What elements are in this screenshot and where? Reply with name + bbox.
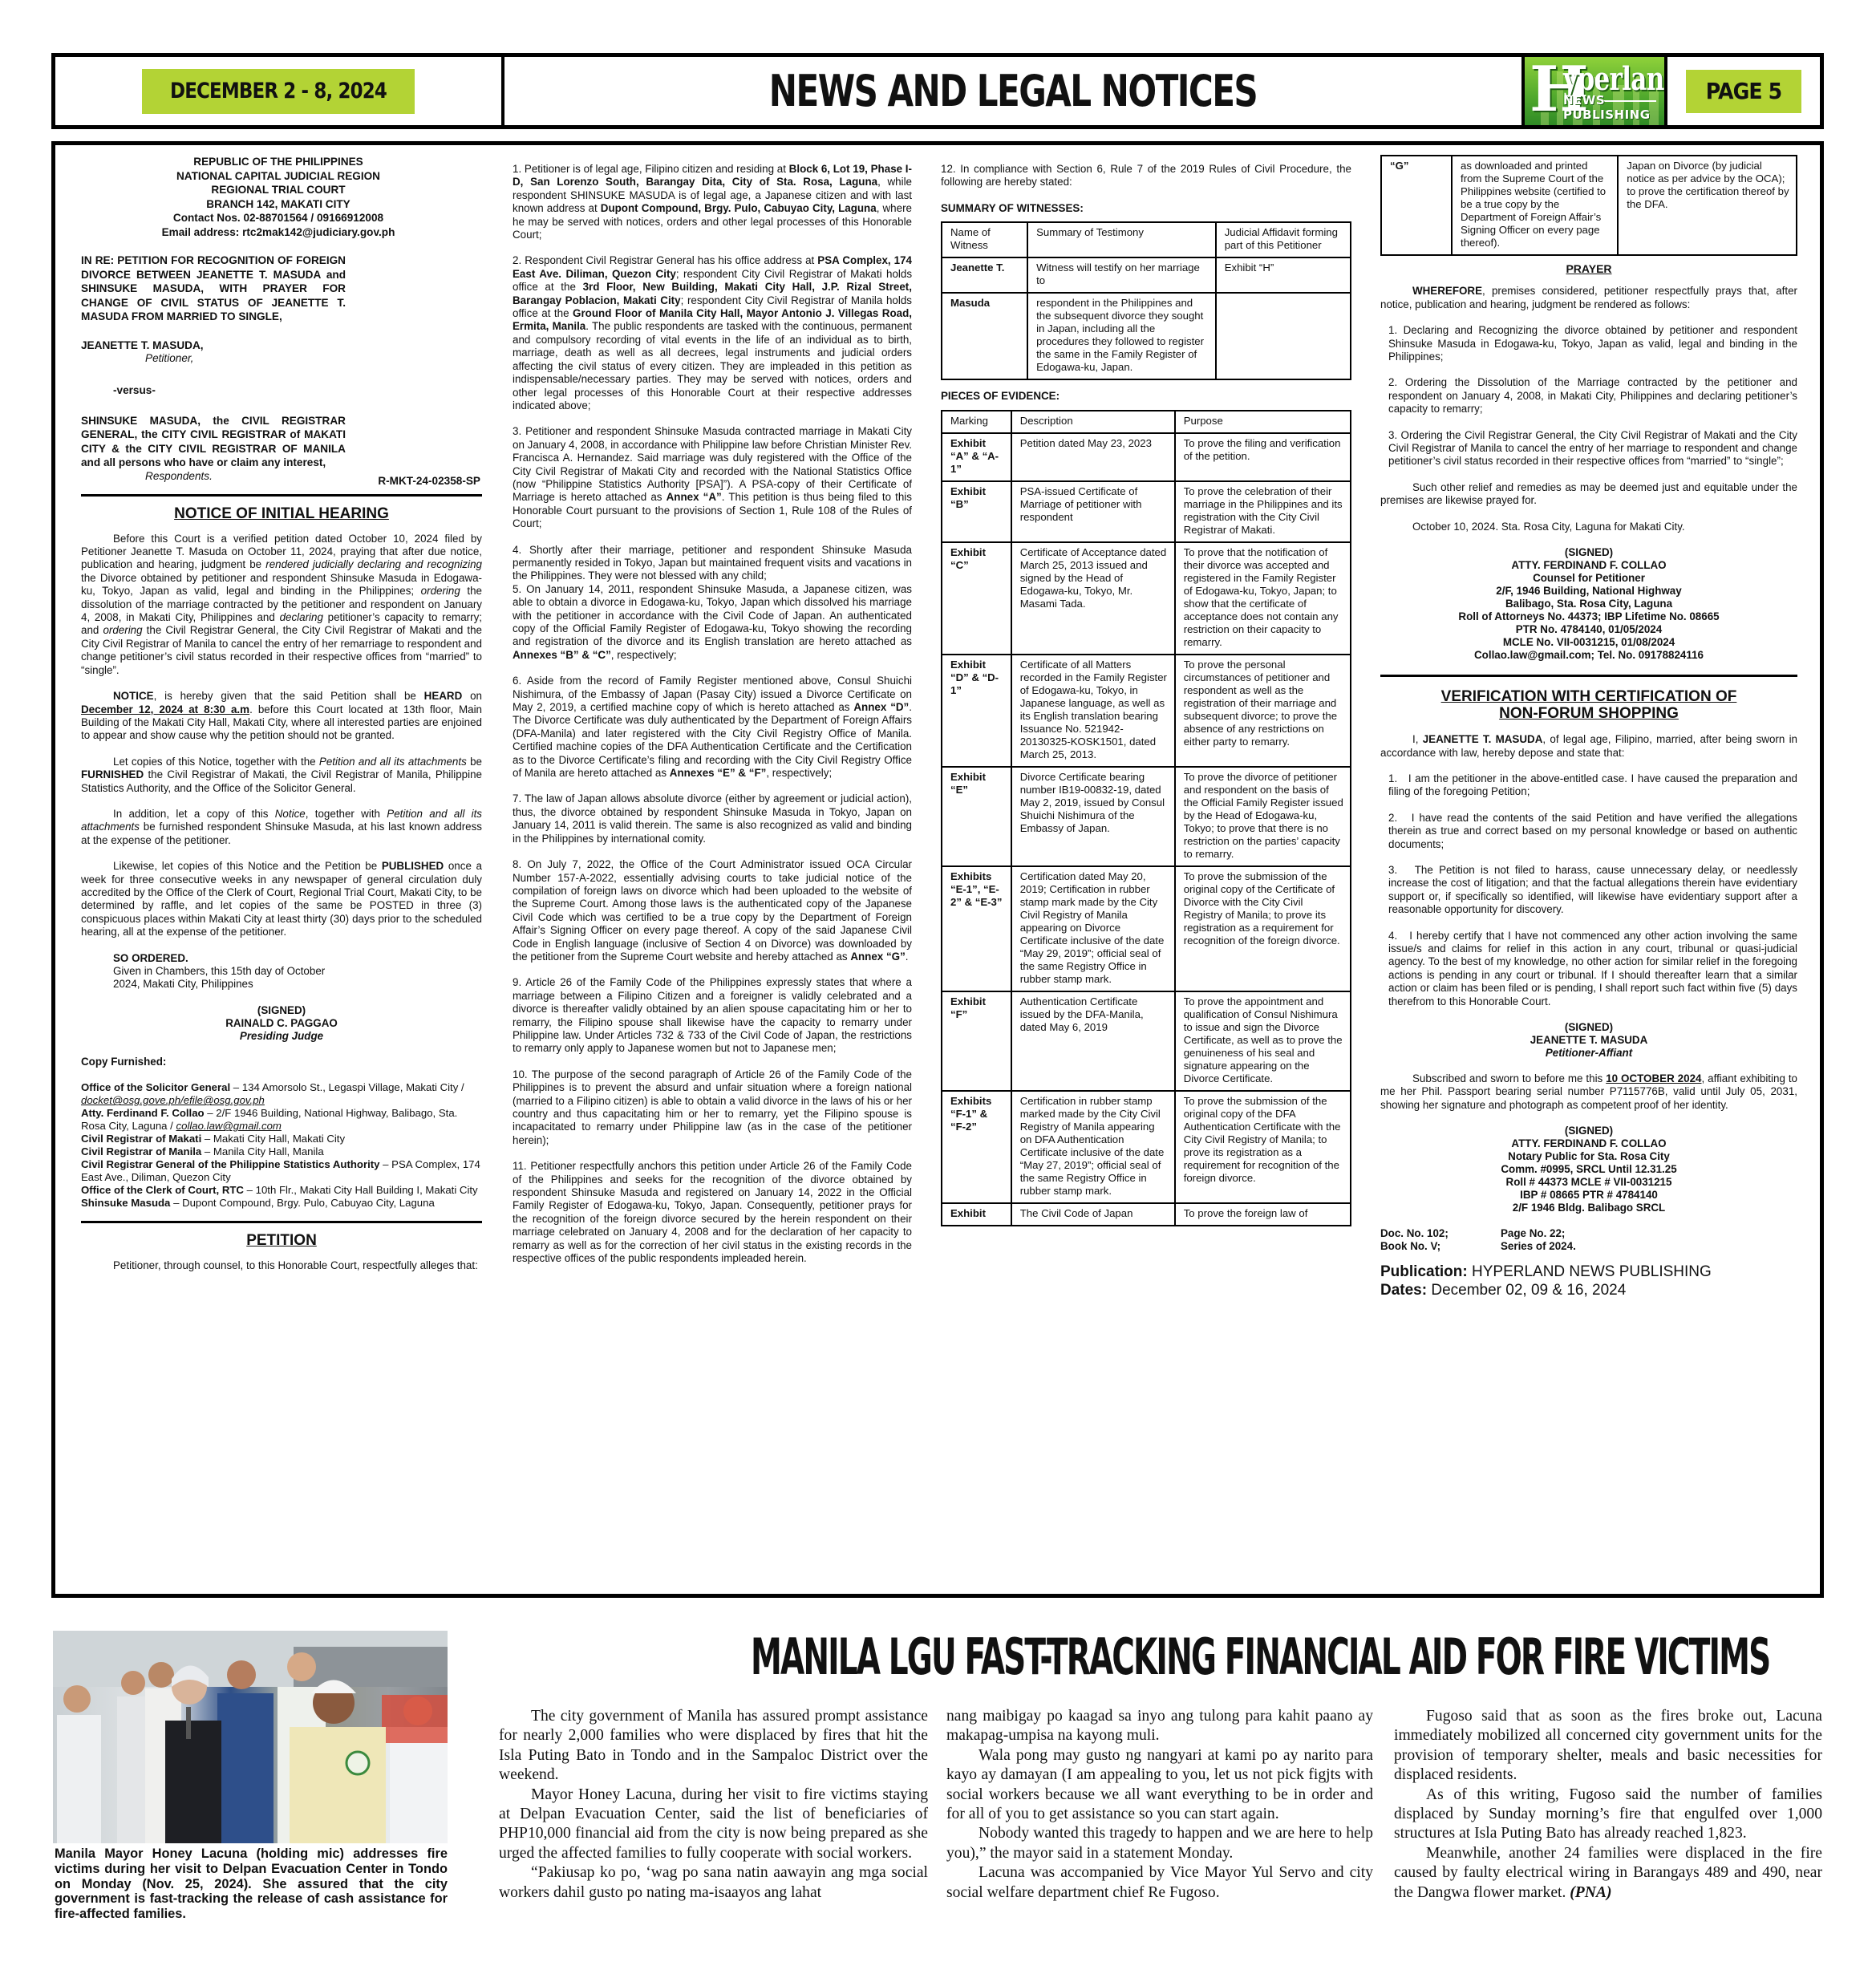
counsel-roll-number: Roll of Attorneys No. 44373; IBP Lifetim… [1380, 610, 1797, 623]
exhibit-purpose: To prove the submission of the original … [1175, 1091, 1351, 1203]
evidence-label: PIECES OF EVIDENCE: [941, 390, 1351, 403]
counsel-address: Balibago, Sta. Rosa City, Laguna [1380, 598, 1797, 610]
notice-title: NOTICE OF INITIAL HEARING [81, 508, 482, 521]
notarial-register: Doc. No. 102; Page No. 22; Book No. V; S… [1380, 1227, 1797, 1253]
counsel-address: 2/F, 1946 Building, National Highway [1380, 585, 1797, 598]
news-column-1: The city government of Manila has assure… [499, 1707, 928, 1903]
exhibit-marking: Exhibit “F” [942, 991, 1011, 1091]
petitioner-role: Petitioner, [81, 352, 482, 365]
news-paragraph: “Pakiusap ko po, ‘wag po sana natin aawa… [499, 1863, 928, 1903]
collao-email-link[interactable]: collao.law@gmail.com [176, 1120, 282, 1132]
table-row: Exhibit “D” & “D-1”Certificate of all Ma… [942, 655, 1351, 767]
petition-intro: Petitioner, through counsel, to this Hon… [81, 1259, 482, 1272]
section-title: NEWS AND LEGAL NOTICES [769, 66, 1257, 116]
table-header: Marking [942, 411, 1011, 433]
allegation-3: 3. Petitioner and respondent Shinsuke Ma… [513, 425, 912, 530]
divider [1380, 675, 1797, 677]
copy-furnished-item: Civil Registrar General of the Philippin… [81, 1158, 482, 1184]
notary-signature: (SIGNED) ATTY. FERDINAND F. COLLAO Notar… [1380, 1125, 1797, 1214]
prayer-item: 1. Declaring and Recognizing the divorce… [1380, 324, 1797, 363]
table-header-row: Name of Witness Summary of Testimony Jud… [942, 222, 1351, 257]
verification-item: 2. I have read the contents of the said … [1380, 812, 1797, 851]
prayer-intro: WHEREFORE, premises considered, petition… [1380, 285, 1797, 311]
table-header: Name of Witness [942, 222, 1027, 257]
prayer-item: 2. Ordering the Dissolution of the Marri… [1380, 376, 1797, 415]
court-email: Email address: rtc2mak142@judiciary.gov.… [75, 225, 482, 240]
table-header: Purpose [1175, 411, 1351, 433]
case-number: R-MKT-24-02358-SP [378, 475, 480, 488]
notice-paragraph: Before this Court is a verified petition… [81, 533, 482, 677]
exhibit-description: as downloaded and printed from the Supre… [1452, 156, 1618, 255]
masthead: DECEMBER 2 - 8, 2024 NEWS AND LEGAL NOTI… [51, 53, 1824, 129]
table-row: Exhibit “A” & “A-1”Petition dated May 23… [942, 433, 1351, 481]
table-row: Exhibit “F”Authentication Certificate is… [942, 991, 1351, 1091]
section-title-cell: NEWS AND LEGAL NOTICES [504, 57, 1525, 125]
table-row: Exhibit “B”PSA-issued Certificate of Mar… [942, 481, 1351, 542]
news-column-3: Fugoso said that as soon as the fires br… [1394, 1707, 1822, 1903]
notice-paragraph: Let copies of this Notice, together with… [81, 756, 482, 795]
table-row: Jeanette T. Witness will testify on her … [942, 257, 1351, 293]
signed-label: (SIGNED) [81, 1004, 482, 1017]
exhibit-marking: Exhibit “E” [942, 767, 1011, 866]
witnesses-table: Name of Witness Summary of Testimony Jud… [941, 221, 1351, 380]
copy-furnished-item: Shinsuke Masuda – Dupont Compound, Brgy.… [81, 1197, 482, 1210]
notice-paragraph: In addition, let a copy of this Notice, … [81, 808, 482, 847]
exhibit-marking: Exhibit “D” & “D-1” [942, 655, 1011, 767]
exhibit-purpose: To prove the foreign law of [1175, 1203, 1351, 1226]
legal-column-1: REPUBLIC OF THE PHILIPPINES NATIONAL CAP… [75, 155, 482, 1285]
counsel-contact: Collao.law@gmail.com; Tel. No. 091788241… [1380, 649, 1797, 662]
allegation-2: 2. Respondent Civil Registrar General ha… [513, 254, 912, 412]
court-header-line: BRANCH 142, MAKATI CITY [75, 197, 482, 212]
series: Series of 2024. [1501, 1240, 1661, 1253]
photo-caption: Manila Mayor Honey Lacuna (holding mic) … [55, 1846, 448, 1922]
affiant-signature: (SIGNED) JEANETTE T. MASUDA Petitioner-A… [1380, 1021, 1797, 1060]
prayer-item: 3. Ordering the Civil Registrar General,… [1380, 429, 1797, 468]
copy-furnished-item: Office of the Clerk of Court, RTC – 10th… [81, 1184, 482, 1197]
signed-label: (SIGNED) [1380, 1021, 1797, 1034]
exhibit-description: Certificate of all Matters recorded in t… [1011, 655, 1175, 767]
judge-name: RAINALD C. PAGGAO [81, 1017, 482, 1030]
exhibit-description: Certificate of Acceptance dated March 25… [1011, 542, 1175, 655]
verification-intro: I, JEANETTE T. MASUDA, of legal age, Fil… [1380, 733, 1797, 760]
court-header: REPUBLIC OF THE PHILIPPINES NATIONAL CAP… [75, 155, 482, 239]
exhibit-marking: Exhibit “C” [942, 542, 1011, 655]
publication-dates: Dates: December 02, 09 & 16, 2024 [1380, 1281, 1797, 1299]
notary-name: ATTY. FERDINAND F. COLLAO [1380, 1137, 1797, 1150]
hyperland-logo: H yperland NEWS PUBLISHING [1525, 57, 1667, 125]
exhibit-marking: Exhibit [942, 1203, 1011, 1226]
notary-title: Notary Public for Sta. Rosa City [1380, 1150, 1797, 1163]
verification-item: 3. The Petition is not filed to harass, … [1380, 864, 1797, 917]
legal-column-3: 12. In compliance with Section 6, Rule 7… [941, 163, 1351, 1236]
logo-word: yperland [1563, 60, 1667, 98]
counsel-signature: (SIGNED) ATTY. FERDINAND F. COLLAO Couns… [1380, 546, 1797, 662]
exhibit-purpose: To prove the celebration of their marria… [1175, 481, 1351, 542]
notice-body: NOTICE OF INITIAL HEARING Before this Co… [75, 508, 482, 1272]
news-paragraph: Lacuna was accompanied by Vice Mayor Yul… [946, 1863, 1373, 1903]
court-header-line: REGIONAL TRIAL COURT [75, 183, 482, 197]
exhibit-marking: Exhibit “B” [942, 481, 1011, 542]
copy-furnished-list: Office of the Solicitor General – 134 Am… [81, 1081, 482, 1210]
doc-number: Doc. No. 102; [1380, 1227, 1501, 1240]
allegation-8: 8. On July 7, 2022, the Office of the Co… [513, 858, 912, 963]
prayer-title: PRAYER [1380, 262, 1797, 275]
news-paragraph: Nobody wanted this tragedy to happen and… [946, 1824, 1373, 1863]
news-paragraph: Meanwhile, another 24 families were disp… [1394, 1844, 1822, 1903]
news-photo-illustration [53, 1631, 448, 1843]
table-row: Exhibits “E-1”, “E-2” & “E-3”Certificati… [942, 866, 1351, 991]
allegation-12: 12. In compliance with Section 6, Rule 7… [941, 163, 1351, 189]
news-column-2: nang maibigay po kaagad sa inyo ang tulo… [946, 1707, 1373, 1903]
verification-title-line: VERIFICATION WITH CERTIFICATION OF [1380, 688, 1797, 705]
court-header-line: REPUBLIC OF THE PHILIPPINES [75, 155, 482, 169]
news-paragraph: The city government of Manila has assure… [499, 1707, 928, 1786]
witness-name: Masuda [942, 293, 1027, 379]
given-in-chambers: Given in Chambers, this 15th day of Octo… [113, 965, 482, 978]
legal-notice: REPUBLIC OF THE PHILIPPINES NATIONAL CAP… [51, 141, 1824, 1598]
exhibit-marking: Exhibit “A” & “A-1” [942, 433, 1011, 481]
hearing-date: December 12, 2024 at 8:30 a.m [81, 703, 249, 715]
exhibit-description: The Civil Code of Japan [1011, 1203, 1175, 1226]
evidence-table-continued: “G” as downloaded and printed from the S… [1380, 155, 1797, 256]
allegation-5: 5. On January 14, 2011, respondent Shins… [513, 583, 912, 662]
news-photo [53, 1631, 448, 1843]
exhibit-description: Certification dated May 20, 2019; Certif… [1011, 866, 1175, 991]
news-paragraph-continued: nang maibigay po kaagad sa inyo ang tulo… [946, 1707, 1373, 1746]
allegation-7: 7. The law of Japan allows absolute divo… [513, 792, 912, 845]
exhibit-purpose: To prove the appointment and qualificati… [1175, 991, 1351, 1091]
evidence-table: Marking Description Purpose Exhibit “A” … [941, 410, 1351, 1226]
versus-label: -versus- [81, 384, 482, 397]
allegation-6: 6. Aside from the record of Family Regis… [513, 675, 912, 780]
news-paragraph: Wala pong may gusto ng nangyari at kami … [946, 1746, 1373, 1825]
judge-title: Presiding Judge [81, 1030, 482, 1043]
copy-furnished-item: Office of the Solicitor General – 134 Am… [81, 1081, 482, 1107]
issue-date-badge: DECEMBER 2 - 8, 2024 [142, 69, 415, 114]
table-row: Exhibit “C”Certificate of Acceptance dat… [942, 542, 1351, 655]
exhibit-marking: “G” [1381, 156, 1452, 255]
exhibit-purpose: To prove that the notification of their … [1175, 542, 1351, 655]
book-number: Book No. V; [1380, 1240, 1501, 1253]
exhibit-purpose: To prove the personal circumstances of p… [1175, 655, 1351, 767]
witness-summary: respondent in the Philippines and the su… [1027, 293, 1216, 379]
court-header-line: Contact Nos. 02-88701564 / 09166912008 [75, 211, 482, 225]
prayer-other-relief: Such other relief and remedies as may be… [1380, 481, 1797, 508]
notice-paragraph: Likewise, let copies of this Notice and … [81, 860, 482, 938]
exhibit-description: Divorce Certificate bearing number IB19-… [1011, 767, 1175, 866]
notary-commission: Comm. #0995, SRCL Until 12.31.25 [1380, 1163, 1797, 1176]
copy-furnished-item: Civil Registrar of Makati – Makati City … [81, 1133, 482, 1145]
copy-furnished-item: Civil Registrar of Manila – Manila City … [81, 1145, 482, 1158]
osg-email-link[interactable]: docket@osg.gove.ph/efile@osg.gov.ph [81, 1094, 265, 1106]
divider [81, 1221, 482, 1223]
witnesses-label: SUMMARY OF WITNESSES: [941, 202, 1351, 215]
verification-title: VERIFICATION WITH CERTIFICATION OF NON-F… [1380, 688, 1797, 722]
given-in-chambers: 2024, Makati City, Philippines [113, 978, 482, 991]
legal-column-2: 1. Petitioner is of legal age, Filipino … [513, 163, 912, 1278]
verification-item: 4. I hereby certify that I have not comm… [1380, 930, 1797, 1008]
petition-title: PETITION [81, 1234, 482, 1247]
table-row: Exhibit “E”Divorce Certificate bearing n… [942, 767, 1351, 866]
notary-roll: Roll # 44373 MCLE # VII-0031215 [1380, 1176, 1797, 1189]
jurat: Subscribed and sworn to before me this 1… [1380, 1072, 1797, 1112]
copy-furnished-label: Copy Furnished: [81, 1056, 482, 1068]
date-cell: DECEMBER 2 - 8, 2024 [55, 57, 504, 125]
signed-label: (SIGNED) [1380, 1125, 1797, 1137]
page-number: Page No. 22; [1501, 1227, 1661, 1240]
judge-signature: (SIGNED) RAINALD C. PAGGAO Presiding Jud… [81, 1004, 482, 1043]
petitioner-name: JEANETTE T. MASUDA, [81, 338, 346, 353]
exhibit-description: PSA-issued Certificate of Marriage of pe… [1011, 481, 1175, 542]
witness-summary: Witness will testify on her marriage to [1027, 257, 1216, 293]
legal-column-4: “G” as downloaded and printed from the S… [1380, 145, 1797, 1299]
affiant-name: JEANETTE T. MASUDA [1380, 1034, 1797, 1047]
counsel-title: Counsel for Petitioner [1380, 572, 1797, 585]
exhibit-description: Petition dated May 23, 2023 [1011, 433, 1175, 481]
publication-line: Publication: HYPERLAND NEWS PUBLISHING [1380, 1263, 1797, 1281]
hearing-notice-paragraph: NOTICE, is hereby given that the said Pe… [81, 690, 482, 743]
table-header-row: Marking Description Purpose [942, 411, 1351, 433]
exhibit-marking: Exhibits “F-1” & “F-2” [942, 1091, 1011, 1203]
exhibit-purpose: To prove the filing and verification of … [1175, 433, 1351, 481]
respondents-names: SHINSUKE MASUDA, the CIVIL REGISTRAR GEN… [81, 414, 346, 470]
table-row: Masuda respondent in the Philippines and… [942, 293, 1351, 379]
table-row: ExhibitThe Civil Code of JapanTo prove t… [942, 1203, 1351, 1226]
exhibit-marking: Exhibits “E-1”, “E-2” & “E-3” [942, 866, 1011, 991]
exhibit-purpose: To prove the submission of the original … [1175, 866, 1351, 991]
table-row: “G” as downloaded and printed from the S… [1381, 156, 1797, 255]
witness-affidavit [1216, 293, 1351, 379]
counsel-ptr-number: PTR No. 4784140, 01/05/2024 [1380, 623, 1797, 636]
exhibit-description: Certification in rubber stamp marked mad… [1011, 1091, 1175, 1203]
affiant-role: Petitioner-Affiant [1380, 1047, 1797, 1060]
verification-title-line: NON-FORUM SHOPPING [1380, 705, 1797, 722]
table-header: Judicial Affidavit forming part of this … [1216, 222, 1351, 257]
notary-address: 2/F 1946 Bldg. Balibago SRCL [1380, 1202, 1797, 1214]
divider [81, 494, 482, 497]
table-header: Description [1011, 411, 1175, 433]
in-re-title: IN RE: PETITION FOR RECOGNITION OF FOREI… [81, 253, 346, 324]
table-row: Exhibits “F-1” & “F-2”Certification in r… [942, 1091, 1351, 1203]
prayer-date-place: October 10, 2024. Sta. Rosa City, Laguna… [1380, 521, 1797, 533]
copy-furnished-item: Atty. Ferdinand F. Collao – 2/F 1946 Bui… [81, 1107, 482, 1133]
news-credit: (PNA) [1570, 1884, 1611, 1901]
so-ordered-block: SO ORDERED. Given in Chambers, this 15th… [81, 952, 482, 991]
signed-label: (SIGNED) [1380, 546, 1797, 559]
exhibit-purpose: Japan on Divorce (by judicial notice as … [1618, 156, 1797, 255]
allegation-4: 4. Shortly after their marriage, petitio… [513, 544, 912, 583]
notary-ibp: IBP # 08665 PTR # 4784140 [1380, 1189, 1797, 1202]
news-paragraph: Mayor Honey Lacuna, during her visit to … [499, 1786, 928, 1864]
case-caption: IN RE: PETITION FOR RECOGNITION OF FOREI… [75, 253, 482, 483]
logo-subtitle: NEWS PUBLISHING [1563, 93, 1664, 122]
news-headline: MANILA LGU FAST-TRACKING FINANCIAL AID F… [751, 1631, 1559, 1684]
verification-item: 1. I am the petitioner in the above-enti… [1380, 772, 1797, 799]
exhibit-purpose: To prove the divorce of petitioner and r… [1175, 767, 1351, 866]
news-paragraph: As of this writing, Fugoso said the numb… [1394, 1786, 1822, 1844]
so-ordered: SO ORDERED. [113, 952, 482, 965]
news-paragraph: Fugoso said that as soon as the fires br… [1394, 1707, 1822, 1786]
counsel-mcle-number: MCLE No. VII-0031215, 01/08/2024 [1380, 636, 1797, 649]
counsel-name: ATTY. FERDINAND F. COLLAO [1380, 559, 1797, 572]
witness-affidavit: Exhibit “H” [1216, 257, 1351, 293]
allegation-1: 1. Petitioner is of legal age, Filipino … [513, 163, 912, 241]
page-number-badge: PAGE 5 [1686, 70, 1801, 113]
table-header: Summary of Testimony [1027, 222, 1216, 257]
allegation-10: 10. The purpose of the second paragraph … [513, 1068, 912, 1147]
witness-name: Jeanette T. [942, 257, 1027, 293]
page-cell: PAGE 5 [1667, 57, 1820, 125]
allegation-11: 11. Petitioner respectfully anchors this… [513, 1160, 912, 1265]
court-header-line: NATIONAL CAPITAL JUDICIAL REGION [75, 169, 482, 184]
allegation-9: 9. Article 26 of the Family Code of the … [513, 976, 912, 1055]
exhibit-description: Authentication Certificate issued by the… [1011, 991, 1175, 1091]
